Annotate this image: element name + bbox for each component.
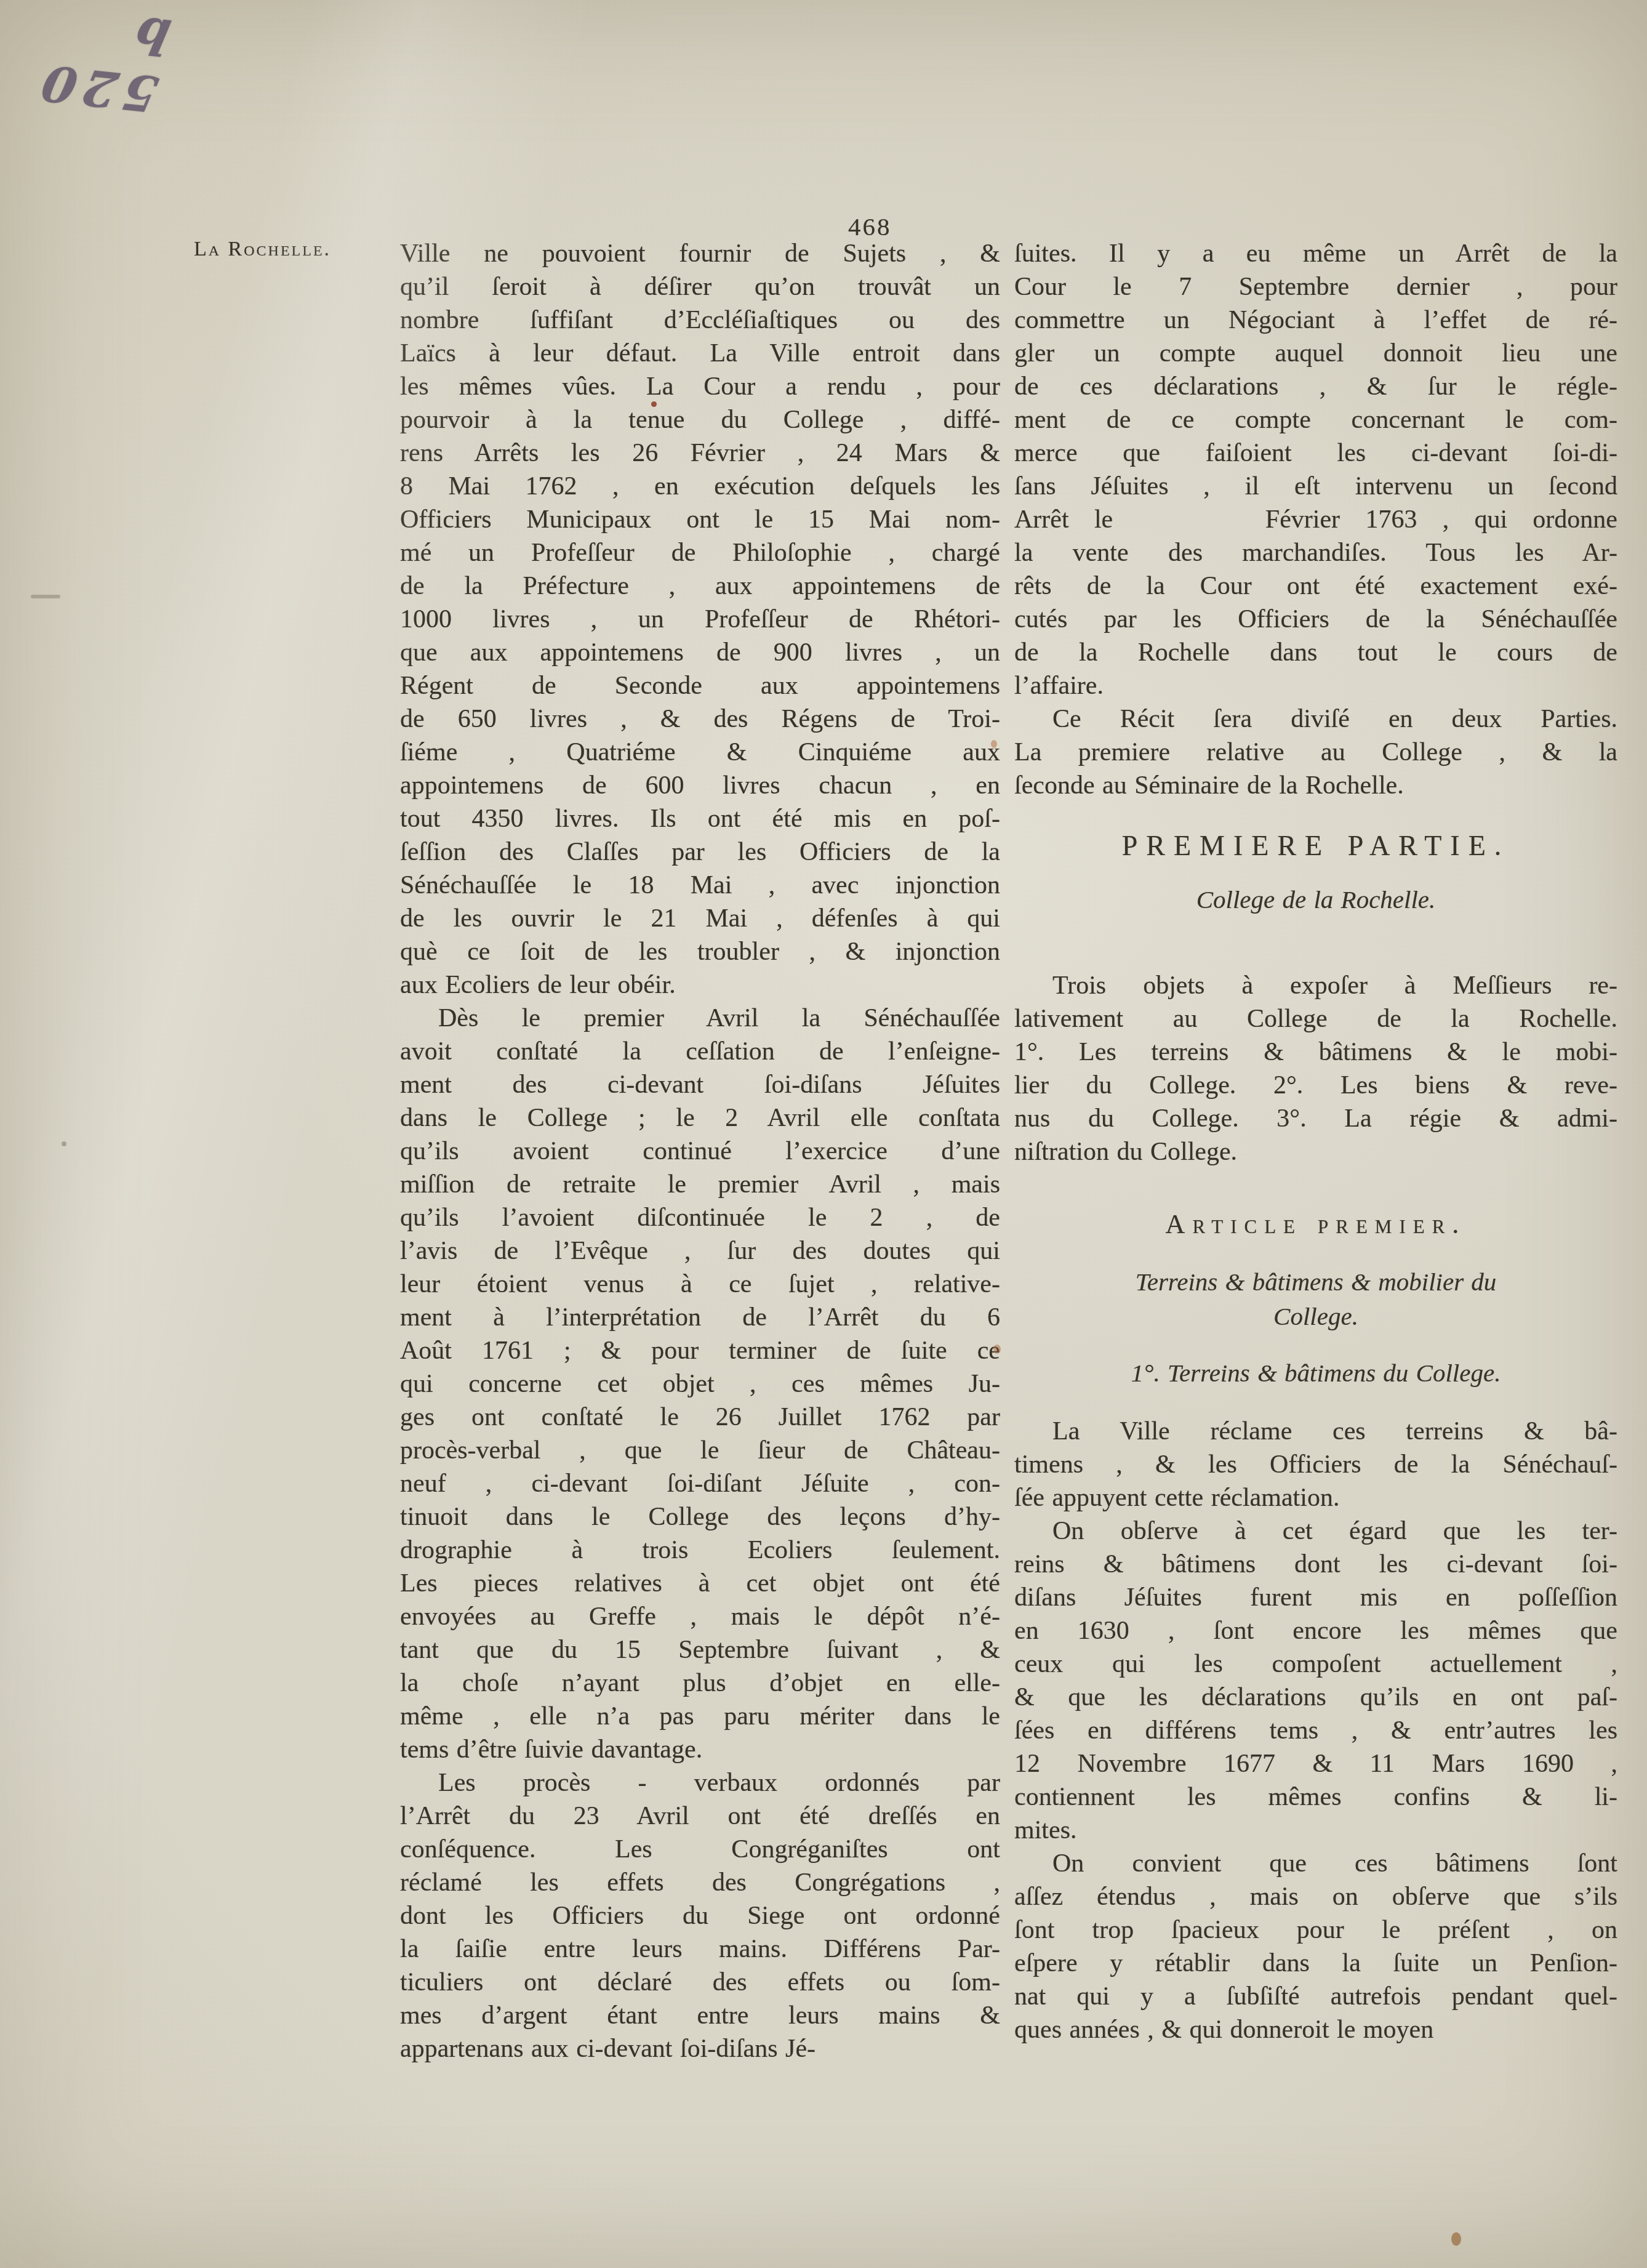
paragraph: Ville ne pouvoient fournir de Sujets , &… (400, 237, 1000, 1002)
text-line: On obſerve à cet égard que les ter- (1014, 1514, 1617, 1548)
text-line: Régent de Seconde aux appointemens (400, 669, 1000, 702)
heading-line: Terreins & bâtimens & mobilier du (1014, 1265, 1617, 1299)
text-line: dans le College ; le 2 Avril elle conſta… (400, 1101, 1000, 1135)
text-line: 1000 livres , un Profeſſeur de Rhétori- (400, 603, 1000, 636)
text-line: dont les Officiers du Siege ont ordonné (400, 1899, 1000, 1932)
text-line: lier du College. 2°. Les biens & reve- (1014, 1069, 1617, 1102)
text-line: tems d’être ſuivie davantage. (400, 1733, 1000, 1766)
text-line: Cour le 7 Septembre dernier , pour (1014, 270, 1617, 304)
text-line: appointemens de 600 livres chacun , en (400, 769, 1000, 802)
text-line: Officiers Municipaux ont le 15 Mai nom- (400, 503, 1000, 536)
text-line: ſée appuyent cette réclamation. (1014, 1481, 1617, 1514)
text-line: l’avis de l’Evêque , ſur des doutes qui (400, 1234, 1000, 1268)
text-line: conſéquence. Les Congréganiſtes ont (400, 1833, 1000, 1866)
text-line: ſées en différens tems , & entr’autres l… (1014, 1714, 1617, 1747)
paragraph: ſuites. Il y a eu même un Arrêt de laCou… (1014, 237, 1617, 702)
text-line: 8 Mai 1762 , en exécution deſquels les (400, 470, 1000, 503)
text-line: ment de ce compte concernant le com- (1014, 403, 1617, 436)
text-line: tinuoit dans le College des leçons d’hy- (400, 1500, 1000, 1534)
italic-heading: 1°. Terreins & bâtimens du College. (1014, 1356, 1617, 1390)
text-line: les mêmes vûes. La Cour a rendu , pour (400, 370, 1000, 403)
text-line: de 650 livres , & des Régens de Troi- (400, 702, 1000, 736)
text-line: gler un compte auquel donnoit lieu une (1014, 337, 1617, 370)
text-line: reins & bâtimens dont les ci-devant ſoi- (1014, 1548, 1617, 1581)
text-line: lativement au College de la Rochelle. (1014, 1002, 1617, 1035)
left-text-column: Ville ne pouvoient fournir de Sujets , &… (400, 237, 1000, 2065)
text-line: Août 1761 ; & pour terminer de ſuite ce (400, 1334, 1000, 1367)
text-line: mites. (1014, 1814, 1617, 1847)
text-line: niſtration du College. (1014, 1135, 1617, 1168)
text-line: ſans Jéſuites , il eſt intervenu un ſeco… (1014, 470, 1617, 503)
text-line: la ſaiſie entre leurs mains. Différens P… (400, 1932, 1000, 1966)
paragraph: Les procès - verbaux ordonnés parl’Arrêt… (400, 1766, 1000, 2065)
text-line: ques années , & qui donneroit le moyen (1014, 2013, 1617, 2046)
text-line: envoyées au Greffe , mais le dépôt n’é- (400, 1600, 1000, 1633)
text-line: neuf , ci-devant ſoi-diſant Jéſuite , co… (400, 1467, 1000, 1500)
text-line: Ce Récit ſera diviſé en deux Parties. (1014, 702, 1617, 736)
text-line: La Ville réclame ces terreins & bâ- (1014, 1415, 1617, 1448)
text-line: Laïcs à leur défaut. La Ville entroit da… (400, 337, 1000, 370)
text-line: La premiere relative au College , & la (1014, 736, 1617, 769)
text-line: Dès le premier Avril la Sénéchauſſée (400, 1002, 1000, 1035)
ink-speck (31, 595, 60, 598)
text-line: la vente des marchandiſes. Tous les Ar- (1014, 536, 1617, 569)
text-line: Ville ne pouvoient fournir de Sujets , & (400, 237, 1000, 270)
text-line: de la Préfecture , aux appointemens de (400, 569, 1000, 603)
text-line: avoit conſtaté la ceſſation de l’enſeign… (400, 1035, 1000, 1068)
text-line: tant que du 15 Septembre ſuivant , & (400, 1633, 1000, 1667)
paragraph: Trois objets à expoſer à Meſſieurs re-la… (1014, 969, 1617, 1168)
text-line: 12 Novembre 1677 & 11 Mars 1690 , (1014, 1747, 1617, 1780)
text-line: diſans Jéſuites furent mis en poſſeſſion (1014, 1581, 1617, 1614)
text-line: aux Ecoliers de leur obéir. (400, 968, 1000, 1002)
text-line: ticuliers ont déclaré des effets ou ſom- (400, 1966, 1000, 1999)
text-line: que aux appointemens de 900 livres , un (400, 636, 1000, 669)
text-line: 1°. Les terreins & bâtimens & le mobi- (1014, 1035, 1617, 1069)
text-line: qu’ils l’avoient diſcontinuée le 2 , de (400, 1201, 1000, 1234)
text-line: rens Arrêts les 26 Février , 24 Mars & (400, 436, 1000, 470)
text-line: leur étoient venus à ce ſujet , relative… (400, 1268, 1000, 1301)
text-line: procès-verbal , que le ſieur de Château- (400, 1434, 1000, 1467)
margin-note-la-rochelle: La Rochelle. (194, 238, 331, 261)
text-line: même , elle n’a pas paru mériter dans le (400, 1700, 1000, 1733)
text-line: l’affaire. (1014, 669, 1617, 702)
text-line: ſeconde au Séminaire de la Rochelle. (1014, 769, 1617, 802)
text-line: aſſez étendus , mais on obſerve que s’il… (1014, 1880, 1617, 1913)
ink-speck (62, 1141, 66, 1146)
text-line: de ces déclarations , & ſur le régle- (1014, 370, 1617, 403)
text-line: en 1630 , ſont encore les mêmes que (1014, 1614, 1617, 1647)
heading-line: College. (1014, 1299, 1617, 1333)
text-line: ceux qui les compoſent actuellement , (1014, 1647, 1617, 1681)
right-text-column: ſuites. Il y a eu même un Arrêt de laCou… (1014, 237, 1617, 2046)
paragraph: Dès le premier Avril la Sénéchauſſéeavoi… (400, 1002, 1000, 1766)
text-line: nombre ſuffiſant d’Eccléſiaſtiques ou de… (400, 304, 1000, 337)
text-line: eſpere y rétablir dans la ſuite un Penſi… (1014, 1947, 1617, 1980)
text-line: qu’il ſeroit à déſirer qu’on trouvât un (400, 270, 1000, 304)
text-line: ment des ci-devant ſoi-diſans Jéſuites (400, 1068, 1000, 1101)
text-line: timens , & les Officiers de la Sénéchauſ… (1014, 1448, 1617, 1481)
text-line: Sénéchauſſée le 18 Mai , avec injonction (400, 869, 1000, 902)
text-line: On convient que ces bâtimens ſont (1014, 1847, 1617, 1880)
text-line: ſuites. Il y a eu même un Arrêt de la (1014, 237, 1617, 270)
text-line: ges ont conſtaté le 26 Juillet 1762 par (400, 1401, 1000, 1434)
text-line: appartenans aux ci-devant ſoi-diſans Jé- (400, 2032, 1000, 2065)
text-line: de la Rochelle dans tout le cours de (1014, 636, 1617, 669)
text-line: mes d’argent étant entre leurs mains & (400, 1999, 1000, 2032)
italic-heading: Terreins & bâtimens & mobilier duCollege… (1014, 1265, 1617, 1333)
italic-heading: College de la Rochelle. (1014, 882, 1617, 917)
text-line: pourvoir à la tenue du College , diffé- (400, 403, 1000, 436)
paragraph: Ce Récit ſera diviſé en deux Parties.La … (1014, 702, 1617, 802)
heading-line: 1°. Terreins & bâtimens du College. (1014, 1356, 1617, 1390)
text-line: què ce ſoit de les troubler , & injoncti… (400, 935, 1000, 968)
text-line: rêts de la Cour ont été exactement exé- (1014, 569, 1617, 603)
text-line: ſeſſion des Claſſes par les Officiers de… (400, 835, 1000, 869)
text-line: contiennent les mêmes confins & li- (1014, 1780, 1617, 1814)
text-line: la choſe n’ayant plus d’objet en elle- (400, 1667, 1000, 1700)
text-line: qu’ils avoient continué l’exercice d’une (400, 1135, 1000, 1168)
paragraph: La Ville réclame ces terreins & bâ-timen… (1014, 1415, 1617, 1514)
text-line: & que les déclarations qu’ils en ont paſ… (1014, 1681, 1617, 1714)
text-line: tout 4350 livres. Ils ont été mis en poſ… (400, 802, 1000, 835)
text-line: commettre un Négociant à l’effet de ré- (1014, 304, 1617, 337)
text-line: Arrêt le Février 1763 , qui ordonne (1014, 503, 1617, 536)
text-line: drographie à trois Ecoliers ſeulement. (400, 1534, 1000, 1567)
text-line: mé un Profeſſeur de Philoſophie , chargé (400, 536, 1000, 569)
text-line: ſiéme , Quatriéme & Cinquiéme aux (400, 736, 1000, 769)
heading-line: College de la Rochelle. (1014, 882, 1617, 917)
text-line: ment à l’interprétation de l’Arrêt du 6 (400, 1301, 1000, 1334)
text-line: de les ouvrir le 21 Mai , défenſes à qui (400, 902, 1000, 935)
text-line: nat qui y a ſubſiſté autrefois pendant q… (1014, 1980, 1617, 2013)
handwritten-shelfmark: 520 b (0, 4, 173, 123)
text-line: réclamé les effets des Congrégations , (400, 1866, 1000, 1899)
text-line: Les pieces relatives à cet objet ont été (400, 1567, 1000, 1600)
part-heading: PREMIERE PARTIE. (1014, 828, 1617, 864)
foxing-speck (1451, 2232, 1461, 2246)
text-line: qui concerne cet objet , ces mêmes Ju- (400, 1367, 1000, 1401)
text-line: cutés par les Officiers de la Sénéchauſſ… (1014, 603, 1617, 636)
text-line: l’Arrêt du 23 Avril ont été dreſſés en (400, 1800, 1000, 1833)
text-line: nus du College. 3°. La régie & admi- (1014, 1102, 1617, 1135)
text-line: Trois objets à expoſer à Meſſieurs re- (1014, 969, 1617, 1002)
text-line: merce que faiſoient les ci-devant ſoi-di… (1014, 436, 1617, 470)
paragraph: On convient que ces bâtimens ſontaſſez é… (1014, 1847, 1617, 2046)
paragraph: On obſerve à cet égard que les ter-reins… (1014, 1514, 1617, 1847)
text-line: ſont trop ſpacieux pour le préſent , on (1014, 1913, 1617, 1947)
article-heading: Article premier. (1014, 1207, 1617, 1242)
book-page: 520 b 468 La Rochelle. Ville ne pouvoien… (0, 0, 1647, 2268)
text-line: miſſion de retraite le premier Avril , m… (400, 1168, 1000, 1201)
text-line: Les procès - verbaux ordonnés par (400, 1766, 1000, 1800)
